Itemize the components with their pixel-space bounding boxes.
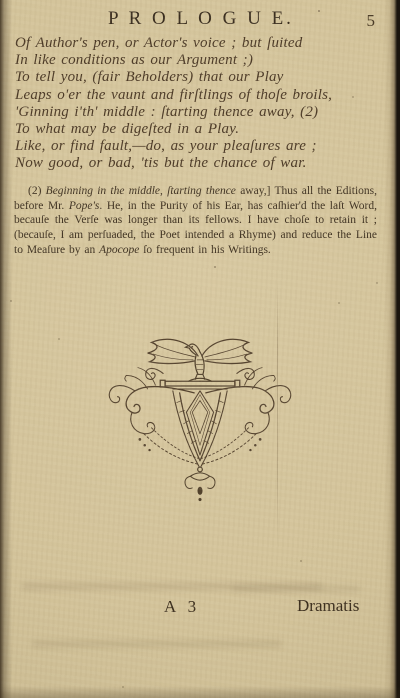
showthrough-smudge bbox=[232, 586, 360, 592]
footnote-text: ſo frequent in his Writings. bbox=[139, 244, 270, 256]
footnote: (2) Beginning in the middle, ſtarting th… bbox=[14, 184, 377, 258]
verse-line: To tell you, (fair Beholders) that our P… bbox=[15, 69, 374, 86]
showthrough-smudge bbox=[32, 640, 282, 648]
page-header: P R O L O G U E. 5 bbox=[0, 8, 400, 36]
footnote-lemma: Beginning in the middle, ſtarting thence bbox=[46, 185, 241, 197]
verse-line: 'Ginning i'th' middle : ſtarting thence … bbox=[15, 104, 374, 121]
verse-line: Of Author's pen, or Actor's voice ; but … bbox=[15, 35, 374, 52]
page-title: P R O L O G U E. bbox=[108, 8, 294, 30]
book-page: P R O L O G U E. 5 Of Author's pen, or A… bbox=[0, 0, 400, 698]
catchword: Dramatis bbox=[297, 596, 359, 616]
eagle-ornament-icon bbox=[103, 330, 297, 510]
eagle-ornament-engraving bbox=[103, 330, 297, 510]
footnote-number: (2) bbox=[28, 185, 46, 197]
verse-line: To what may be digeſted in a Play. bbox=[15, 121, 374, 138]
signature-mark: A 3 bbox=[164, 597, 200, 617]
verse-line: Leaps o'er the vaunt and firſtlings of t… bbox=[15, 87, 374, 104]
footnote-name: Pope's bbox=[69, 200, 100, 212]
footnote-term: Apocope bbox=[99, 244, 139, 256]
prologue-verse: Of Author's pen, or Actor's voice ; but … bbox=[15, 35, 374, 173]
bottom-edge-shadow bbox=[0, 686, 400, 698]
page-edge-shadow bbox=[384, 0, 400, 698]
page-number: 5 bbox=[367, 11, 376, 31]
verse-line: Now good, or bad, 'tis but the chance of… bbox=[15, 155, 374, 172]
verse-line: In like conditions as our Argument ;) bbox=[15, 52, 374, 69]
verse-line: Like, or find fault,—do, as your pleaſur… bbox=[15, 138, 374, 155]
gutter-shadow bbox=[0, 0, 12, 698]
showthrough-smudge bbox=[22, 583, 322, 590]
